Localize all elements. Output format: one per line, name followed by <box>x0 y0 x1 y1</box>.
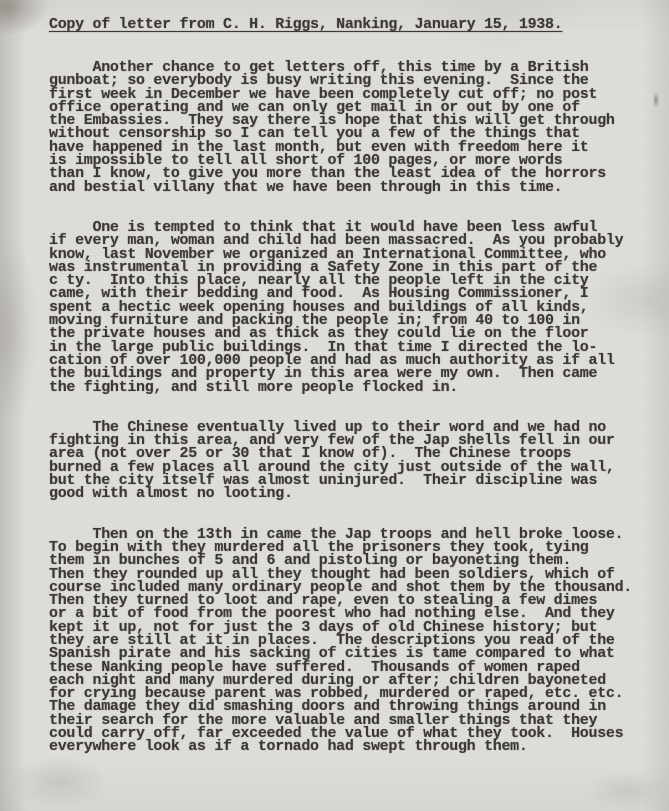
letter-paragraph-2: One is tempted to think that it would ha… <box>49 221 664 394</box>
letter-paragraph-1: Another chance to get letters off, this … <box>49 61 664 194</box>
letter-paragraph-4: Then on the 13th in came the Jap troops … <box>49 528 664 754</box>
letter-page: Copy of letter from C. H. Riggs, Nanking… <box>0 0 669 811</box>
letter-paragraph-3: The Chinese eventually lived up to their… <box>49 421 664 501</box>
letter-title: Copy of letter from C. H. Riggs, Nanking… <box>49 16 664 33</box>
letter-content: Copy of letter from C. H. Riggs, Nanking… <box>49 16 664 781</box>
